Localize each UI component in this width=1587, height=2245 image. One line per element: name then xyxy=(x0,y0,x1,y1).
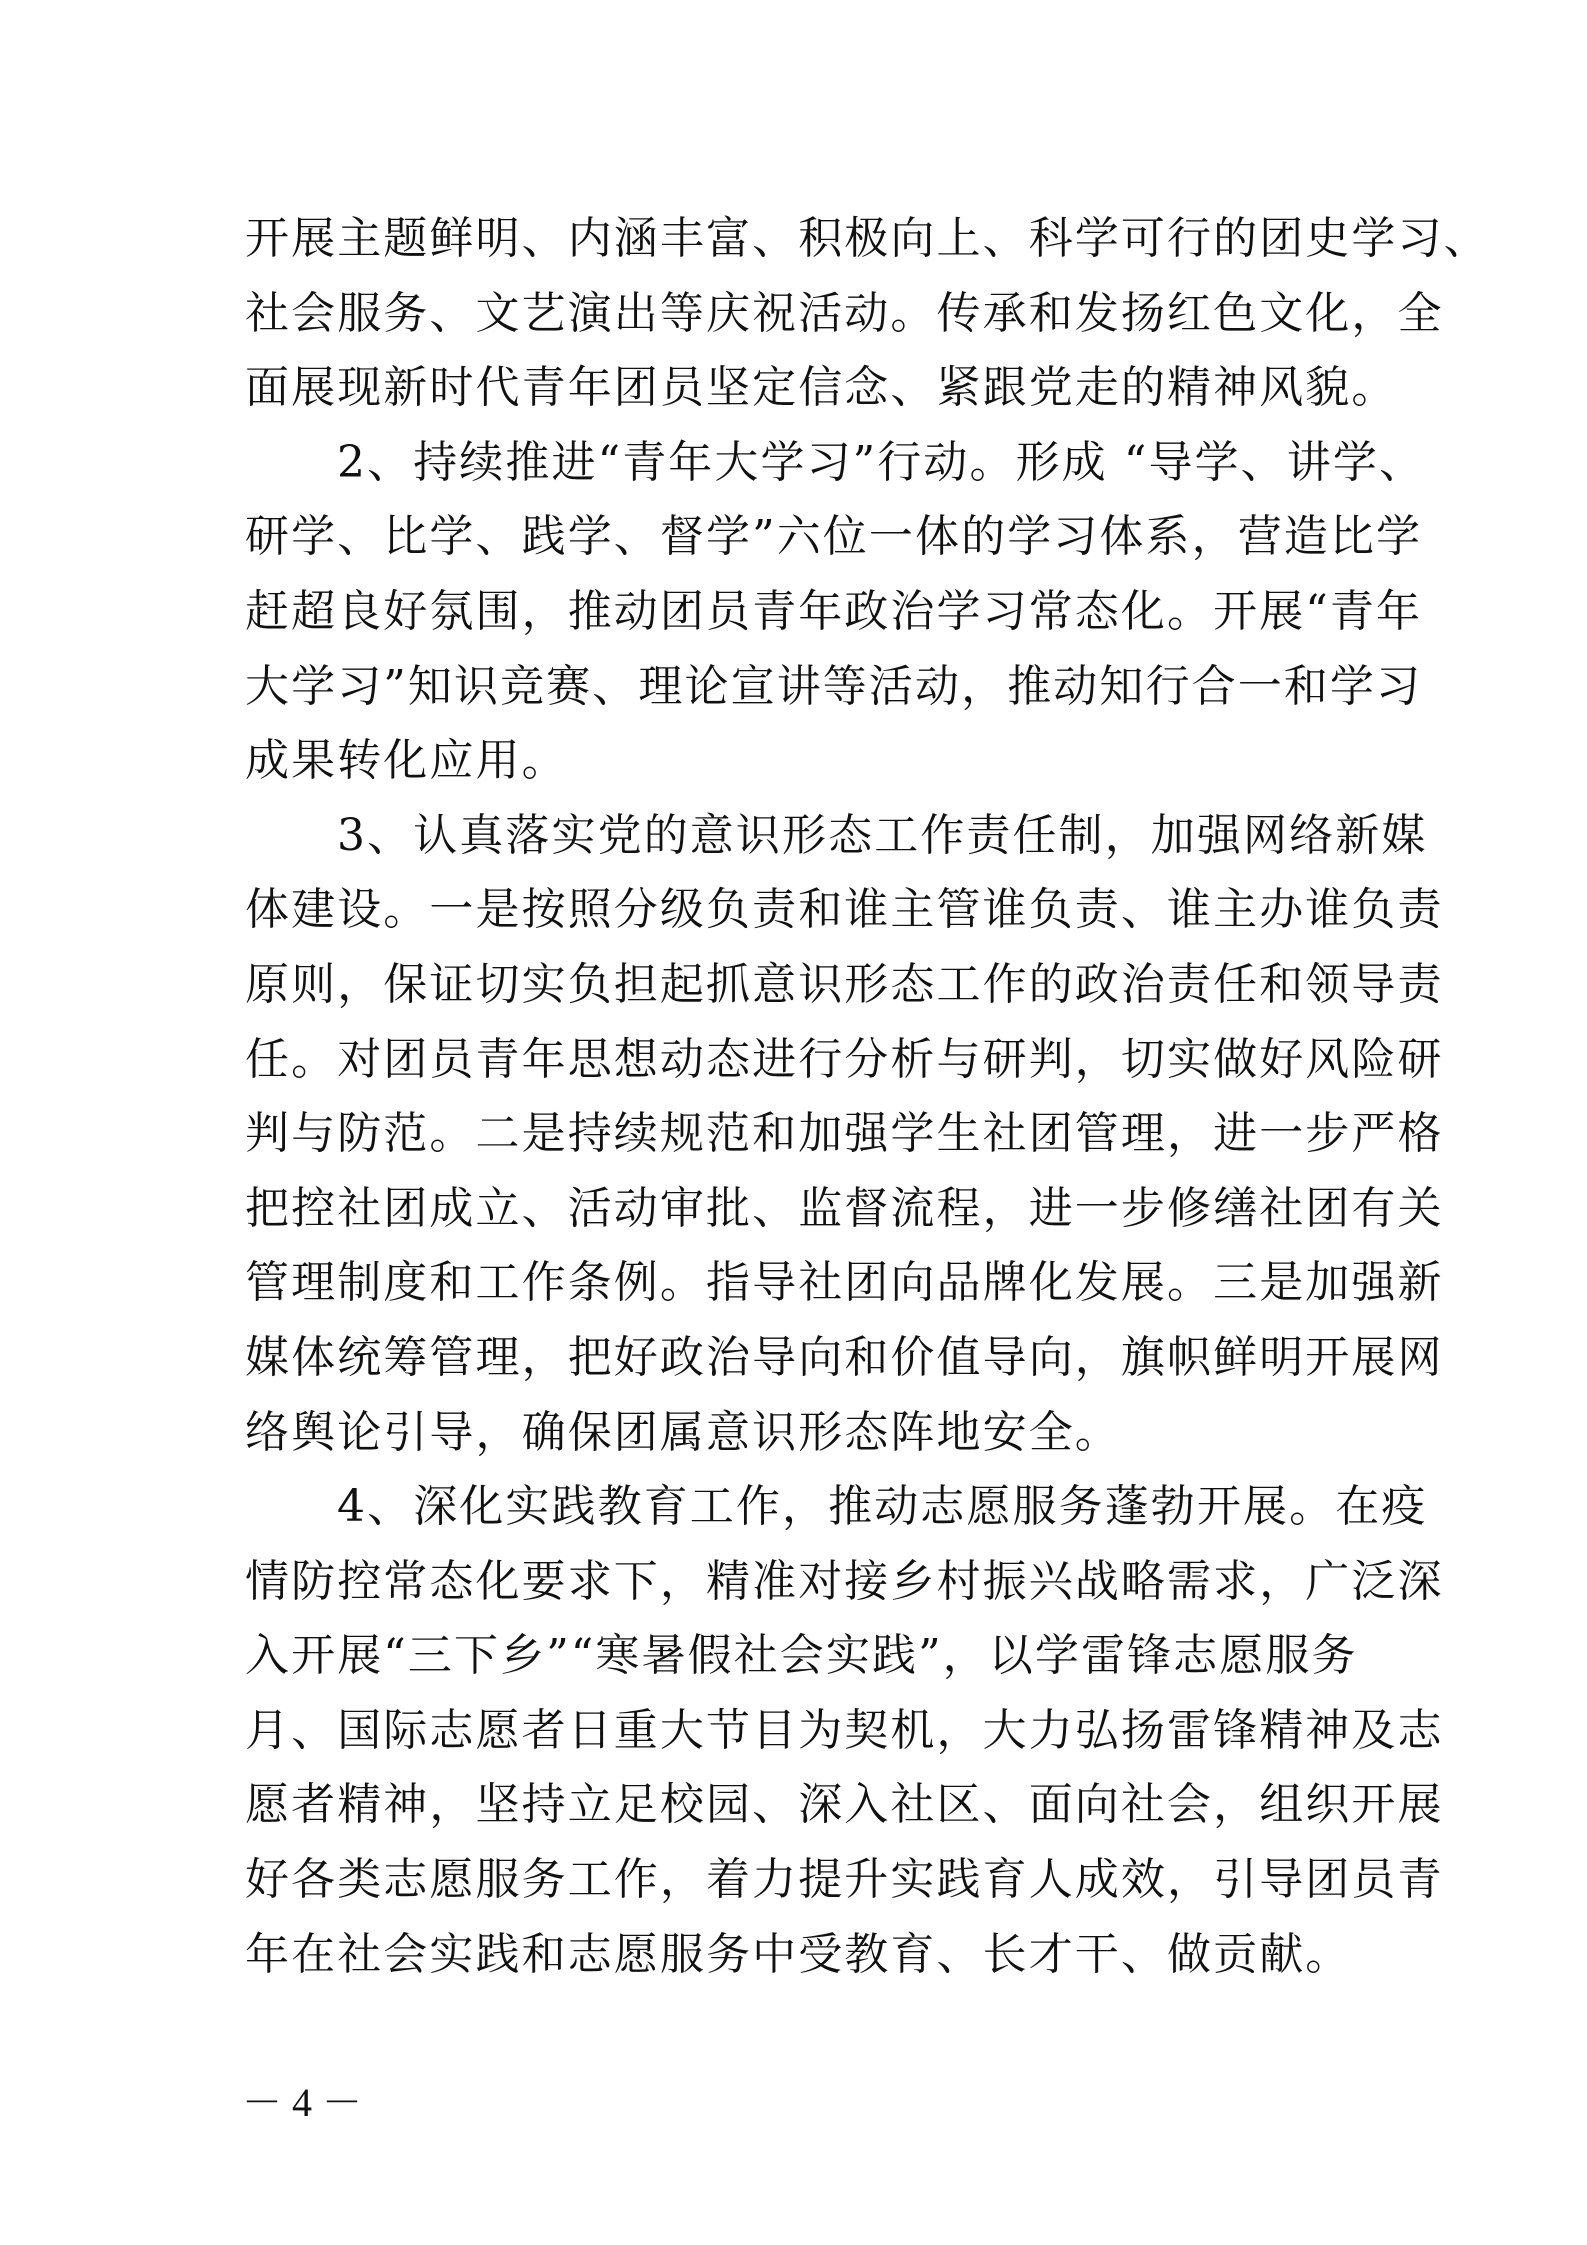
text-line: 2、持续推进“青年大学习”行动。形成 “导学、讲学、 xyxy=(245,426,1355,501)
paragraph-continuation: 开展主题鲜明、内涵丰富、积极向上、科学可行的团史学习、 社会服务、文艺演出等庆祝… xyxy=(245,202,1355,426)
paragraph-item-2: 2、持续推进“青年大学习”行动。形成 “导学、讲学、 研学、比学、践学、督学”六… xyxy=(245,426,1355,799)
text-line: 判与防范。二是持续规范和加强学生社团管理，进一步严格 xyxy=(245,1097,1355,1172)
text-line: 社会服务、文艺演出等庆祝活动。传承和发扬红色文化，全 xyxy=(245,277,1355,352)
text-line: 愿者精神，坚持立足校园、深入社区、面向社会，组织开展 xyxy=(245,1768,1355,1843)
text-line: 络舆论引导，确保团属意识形态阵地安全。 xyxy=(245,1396,1355,1471)
text-line: 4、深化实践教育工作，推动志愿服务蓬勃开展。在疫 xyxy=(245,1470,1355,1545)
document-body: 开展主题鲜明、内涵丰富、积极向上、科学可行的团史学习、 社会服务、文艺演出等庆祝… xyxy=(245,202,1355,1992)
text-line: 成果转化应用。 xyxy=(245,724,1355,799)
text-line: 把控社团成立、活动审批、监督流程，进一步修缮社团有关 xyxy=(245,1172,1355,1247)
text-line: 开展主题鲜明、内涵丰富、积极向上、科学可行的团史学习、 xyxy=(245,202,1355,277)
text-line: 月、国际志愿者日重大节目为契机，大力弘扬雷锋精神及志 xyxy=(245,1694,1355,1769)
text-line: 入开展“三下乡”“寒暑假社会实践”，以学雷锋志愿服务 xyxy=(245,1619,1355,1694)
paragraph-item-3: 3、认真落实党的意识形态工作责任制，加强网络新媒 体建设。一是按照分级负责和谁主… xyxy=(245,799,1355,1470)
text-line: 研学、比学、践学、督学”六位一体的学习体系，营造比学 xyxy=(245,500,1355,575)
text-line: 年在社会实践和志愿服务中受教育、长才干、做贡献。 xyxy=(245,1918,1355,1993)
document-page: 开展主题鲜明、内涵丰富、积极向上、科学可行的团史学习、 社会服务、文艺演出等庆祝… xyxy=(0,0,1587,2245)
text-line: 赶超良好氛围，推动团员青年政治学习常态化。开展“青年 xyxy=(245,575,1355,650)
text-line: 体建设。一是按照分级负责和谁主管谁负责、谁主办谁负责 xyxy=(245,873,1355,948)
text-line: 大学习”知识竞赛、理论宣讲等活动，推动知行合一和学习 xyxy=(245,650,1355,725)
text-line: 面展现新时代青年团员坚定信念、紧跟党走的精神风貌。 xyxy=(245,351,1355,426)
text-line: 情防控常态化要求下，精准对接乡村振兴战略需求，广泛深 xyxy=(245,1545,1355,1620)
text-line: 管理制度和工作条例。指导社团向品牌化发展。三是加强新 xyxy=(245,1246,1355,1321)
text-line: 好各类志愿服务工作，着力提升实践育人成效，引导团员青 xyxy=(245,1843,1355,1918)
text-line: 3、认真落实党的意识形态工作责任制，加强网络新媒 xyxy=(245,799,1355,874)
text-line: 原则，保证切实负担起抓意识形态工作的政治责任和领导责 xyxy=(245,948,1355,1023)
text-line: 媒体统筹管理，把好政治导向和价值导向，旗帜鲜明开展网 xyxy=(245,1321,1355,1396)
text-line: 任。对团员青年思想动态进行分析与研判，切实做好风险研 xyxy=(245,1023,1355,1098)
paragraph-item-4: 4、深化实践教育工作，推动志愿服务蓬勃开展。在疫 情防控常态化要求下，精准对接乡… xyxy=(245,1470,1355,1992)
page-number: － 4 － xyxy=(242,2078,362,2128)
